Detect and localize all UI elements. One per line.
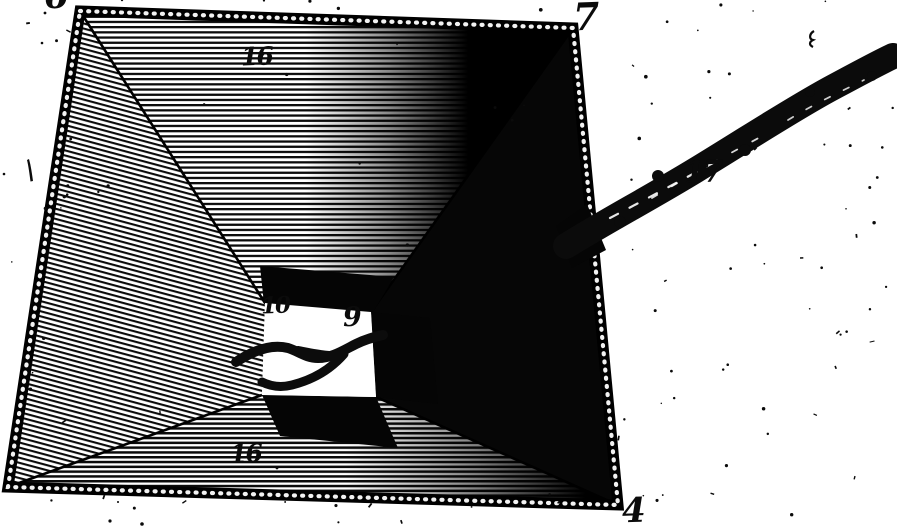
speckle — [637, 137, 641, 141]
speckle — [263, 0, 265, 2]
speckle — [834, 366, 837, 369]
speckle — [26, 22, 30, 24]
bark-bump — [867, 71, 877, 81]
speckle — [655, 499, 658, 502]
speckle — [66, 184, 69, 187]
speckle — [623, 418, 625, 420]
speckle — [334, 504, 337, 507]
speckle — [121, 0, 123, 1]
speckle — [661, 403, 662, 404]
speckle — [69, 138, 72, 141]
speckle — [876, 176, 879, 179]
speckle — [847, 107, 851, 110]
speckle — [42, 337, 45, 340]
speckle — [870, 340, 875, 342]
bark-bump — [805, 87, 815, 97]
speckle — [632, 249, 634, 251]
speckle — [762, 407, 766, 411]
speckle — [767, 433, 769, 435]
speckle — [337, 7, 340, 10]
plate-mark-squiggle — [810, 31, 814, 47]
speckle — [44, 207, 47, 210]
speckle — [825, 1, 827, 3]
speckle — [117, 501, 119, 503]
speckle — [752, 10, 753, 11]
speckle — [869, 308, 871, 310]
speckle — [337, 521, 339, 523]
speckle — [284, 501, 286, 503]
speckle — [55, 39, 58, 42]
speckle — [662, 494, 664, 496]
speckle — [710, 493, 714, 496]
speckle — [872, 221, 875, 224]
speckle — [182, 500, 187, 504]
bark-bump — [739, 144, 751, 156]
speckle — [654, 309, 657, 312]
speckle — [308, 0, 311, 3]
speckle — [891, 107, 893, 109]
opening-shadow-right — [371, 312, 438, 404]
speckle — [726, 363, 729, 366]
plate-mark-dot — [140, 522, 144, 526]
speckle — [707, 70, 710, 73]
speckle — [845, 330, 848, 333]
speckle — [285, 73, 288, 76]
speckle — [107, 184, 110, 187]
speckle — [494, 106, 497, 109]
speckle — [722, 368, 724, 370]
speckle — [849, 144, 852, 147]
speckle — [358, 162, 360, 164]
speckle — [400, 520, 403, 524]
speckle — [853, 476, 855, 480]
speckle — [836, 330, 840, 334]
speckle — [121, 9, 123, 11]
speckle — [632, 64, 635, 67]
speckle — [709, 97, 711, 99]
hopper-engraving — [0, 0, 897, 529]
handle-stick — [566, 56, 893, 246]
plate-mark-dot — [41, 42, 44, 45]
speckle — [523, 105, 525, 107]
speckle — [644, 75, 648, 79]
plate-mark-dot — [3, 173, 6, 176]
speckle — [800, 257, 803, 259]
speckle — [32, 372, 34, 374]
speckle — [881, 146, 884, 149]
speckle — [643, 495, 645, 497]
speckle — [59, 121, 60, 122]
speckle — [763, 263, 765, 265]
speckle — [666, 20, 669, 23]
speckle — [630, 178, 632, 180]
speckle — [651, 103, 653, 105]
plate-mark-comma — [27, 159, 33, 182]
speckle — [670, 370, 673, 373]
speckle — [66, 193, 69, 196]
plate-mark-dot — [276, 467, 279, 470]
speckle — [839, 334, 841, 336]
speckle — [617, 436, 619, 441]
speckle — [719, 3, 722, 6]
speckle — [11, 261, 13, 263]
speckle — [102, 495, 105, 499]
speckle — [729, 267, 732, 270]
speckle — [203, 103, 205, 105]
speckle — [539, 8, 543, 12]
speckle — [368, 503, 372, 508]
speckle — [97, 191, 99, 193]
bark-bump — [614, 216, 626, 228]
plate-mark-dot — [108, 519, 111, 522]
speckle — [845, 208, 847, 210]
handle — [556, 56, 893, 268]
speckle — [855, 234, 857, 238]
speckle — [809, 308, 811, 310]
speckle — [406, 243, 409, 246]
speckle — [725, 464, 728, 467]
speckle — [664, 279, 667, 282]
engraving-plate: 671741616109 — [0, 0, 897, 529]
speckle — [868, 186, 871, 189]
speckle — [511, 119, 514, 122]
speckle — [754, 244, 757, 247]
speckle — [893, 45, 895, 47]
speckle — [885, 286, 887, 288]
speckle — [133, 507, 136, 510]
speckle — [548, 493, 551, 496]
speckle — [50, 499, 52, 501]
speckle — [63, 195, 66, 198]
plate-mark-dot — [44, 12, 47, 15]
speckle — [823, 143, 825, 145]
speckle — [790, 513, 793, 516]
speckle — [820, 266, 823, 269]
bark-bump — [652, 170, 664, 182]
speckle — [728, 72, 731, 75]
speckle — [66, 29, 71, 33]
speckle — [29, 388, 32, 391]
speckle — [60, 207, 62, 209]
speckle — [697, 30, 699, 32]
speckle — [471, 506, 473, 508]
speckle — [813, 413, 817, 416]
speckle — [673, 397, 675, 399]
